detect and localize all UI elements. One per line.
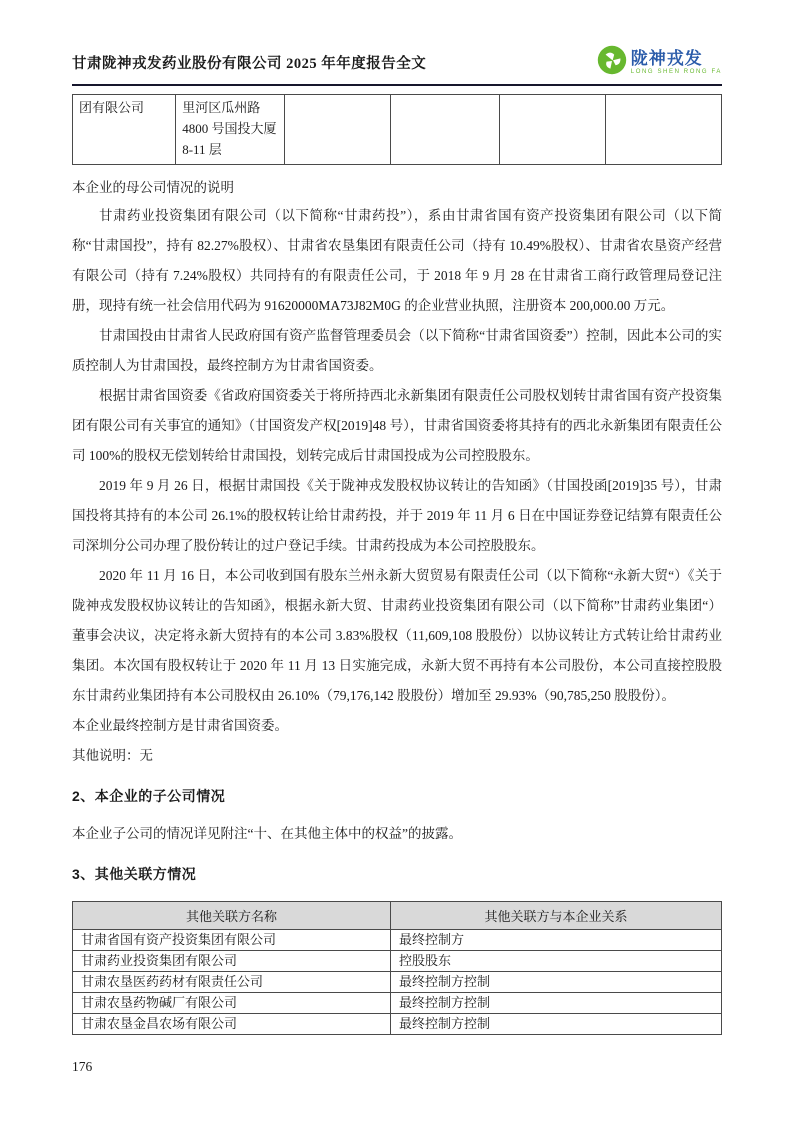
cell-relationship: 控股股东 xyxy=(391,951,722,972)
table-row: 甘肃省国有资产投资集团有限公司 最终控制方 xyxy=(73,930,722,951)
cell-party-name: 甘肃农垦金昌农场有限公司 xyxy=(73,1014,391,1035)
cell-relationship: 最终控制方 xyxy=(391,930,722,951)
page-number: 176 xyxy=(72,1059,722,1075)
paragraph-controller: 甘肃国投由甘肃省人民政府国有资产监督管理委员会（以下简称“甘肃省国资委”）控制，… xyxy=(72,321,722,381)
report-title: 甘肃陇神戎发药业股份有限公司 2025 年年度报告全文 xyxy=(72,52,426,73)
cell-empty xyxy=(500,95,606,165)
logo-subtitle: LONG SHEN RONG FA xyxy=(631,69,722,75)
heading-subsidiaries: 2、本企业的子公司情况 xyxy=(72,783,722,809)
final-controller-line: 本企业最终控制方是甘肃省国资委。 xyxy=(72,711,722,741)
related-parties-table: 其他关联方名称 其他关联方与本企业关系 甘肃省国有资产投资集团有限公司 最终控制… xyxy=(72,901,722,1035)
table-row: 甘肃农垦药物碱厂有限公司 最终控制方控制 xyxy=(73,993,722,1014)
cell-related-party-name: 团有限公司 xyxy=(73,95,176,165)
col-header-related-party-name: 其他关联方名称 xyxy=(73,902,391,930)
col-header-relationship: 其他关联方与本企业关系 xyxy=(391,902,722,930)
page-header: 甘肃陇神戎发药业股份有限公司 2025 年年度报告全文 陇神戎发 LONG SH… xyxy=(72,46,722,86)
paragraph-equity-transfer-2019: 2019 年 9 月 26 日，根据甘肃国投《关于陇神戎发股权协议转让的告知函》… xyxy=(72,471,722,561)
table-header-row: 其他关联方名称 其他关联方与本企业关系 xyxy=(73,902,722,930)
other-note-line: 其他说明：无 xyxy=(72,741,722,771)
heading-other-related-parties: 3、其他关联方情况 xyxy=(72,861,722,887)
report-page: 甘肃陇神戎发药业股份有限公司 2025 年年度报告全文 陇神戎发 LONG SH… xyxy=(0,0,793,1122)
pinwheel-logo-icon xyxy=(597,45,627,80)
paragraph-subsidiaries: 本企业子公司的情况详见附注“十、在其他主体中的权益”的披露。 xyxy=(72,819,722,849)
logo-text-block: 陇神戎发 LONG SHEN RONG FA xyxy=(631,50,722,75)
cell-relationship: 最终控制方控制 xyxy=(391,1014,722,1035)
cell-empty xyxy=(285,95,391,165)
table-row: 甘肃农垦金昌农场有限公司 最终控制方控制 xyxy=(73,1014,722,1035)
table-row: 甘肃药业投资集团有限公司 控股股东 xyxy=(73,951,722,972)
cell-party-name: 甘肃药业投资集团有限公司 xyxy=(73,951,391,972)
logo-name: 陇神戎发 xyxy=(631,50,722,67)
cell-relationship: 最终控制方控制 xyxy=(391,993,722,1014)
cell-party-name: 甘肃农垦医药药材有限责任公司 xyxy=(73,972,391,993)
cell-relationship: 最终控制方控制 xyxy=(391,972,722,993)
cell-address: 里河区瓜州路 4800 号国投大厦 8-11 层 xyxy=(176,95,285,165)
table-row: 甘肃农垦医药药材有限责任公司 最终控制方控制 xyxy=(73,972,722,993)
cell-empty xyxy=(391,95,500,165)
cell-empty xyxy=(606,95,722,165)
carryover-table: 团有限公司 里河区瓜州路 4800 号国投大厦 8-11 层 xyxy=(72,94,722,165)
cell-party-name: 甘肃农垦药物碱厂有限公司 xyxy=(73,993,391,1014)
paragraph-equity-transfer-2020: 2020 年 11 月 16 日，本公司收到国有股东兰州永新大贸贸易有限责任公司… xyxy=(72,561,722,711)
company-logo: 陇神戎发 LONG SHEN RONG FA xyxy=(597,45,722,80)
paragraph-parent-company: 甘肃药业投资集团有限公司（以下简称“甘肃药投”），系由甘肃省国有资产投资集团有限… xyxy=(72,201,722,321)
paragraph-equity-transfer-2019-notice: 根据甘肃省国资委《省政府国资委关于将所持西北永新集团有限责任公司股权划转甘肃省国… xyxy=(72,381,722,471)
table-row: 团有限公司 里河区瓜州路 4800 号国投大厦 8-11 层 xyxy=(73,95,722,165)
cell-party-name: 甘肃省国有资产投资集团有限公司 xyxy=(73,930,391,951)
parent-company-note-label: 本企业的母公司情况的说明 xyxy=(72,175,722,201)
